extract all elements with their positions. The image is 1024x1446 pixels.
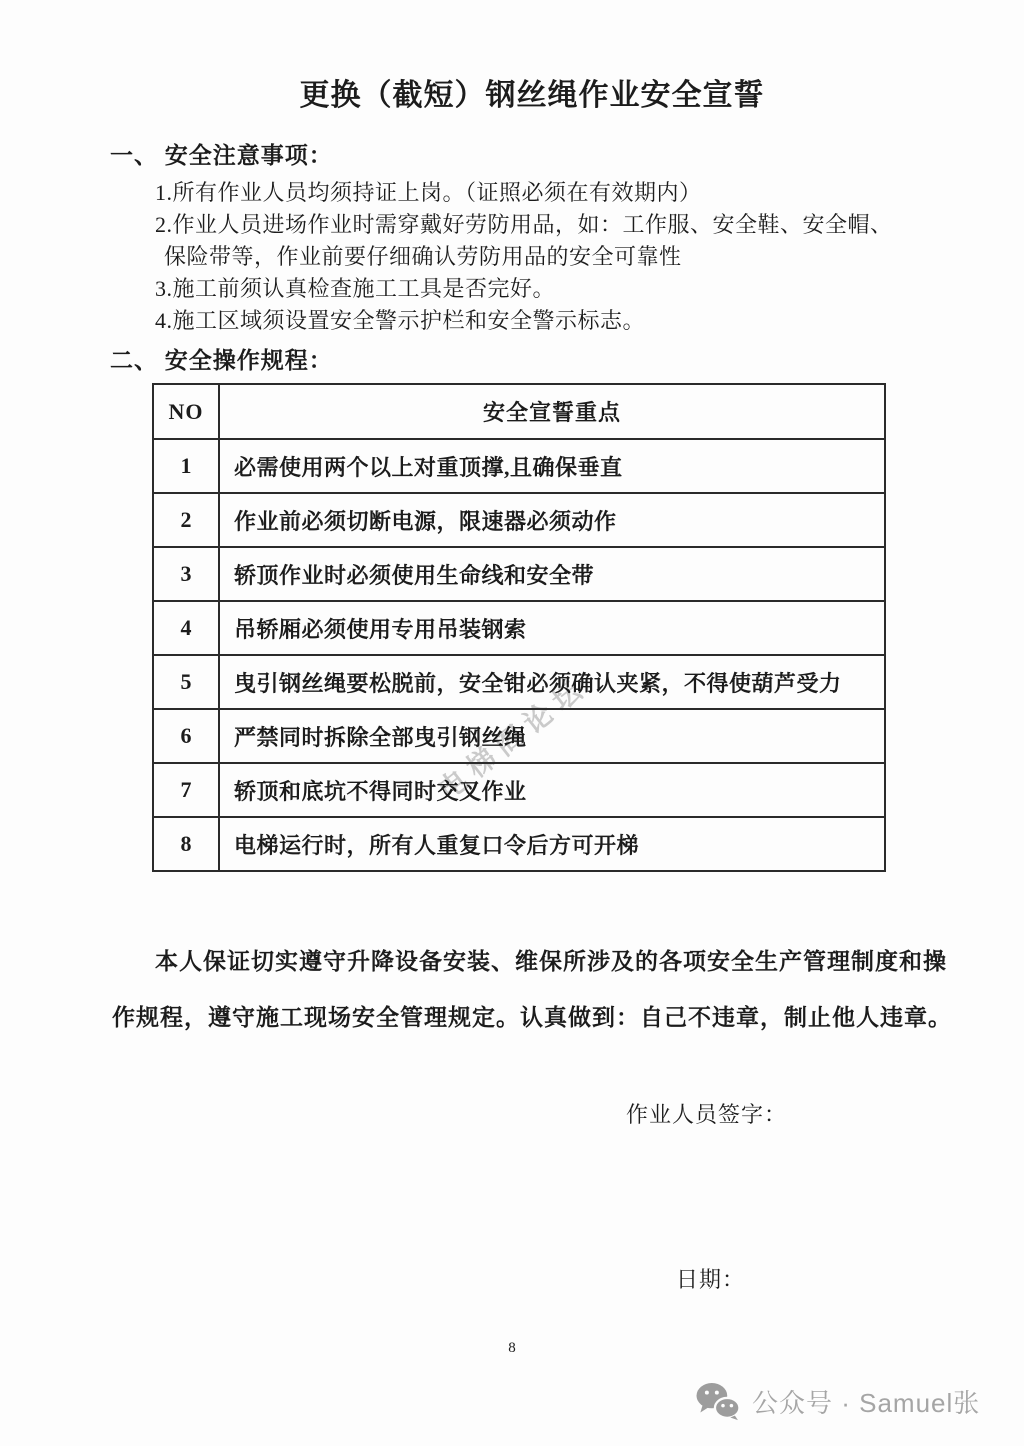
row-number: 3 [153,547,219,601]
pledge-line-1: 本人保证切实遵守升降设备安装、维保所涉及的各项安全生产管理制度和操 [155,943,947,976]
safety-pledge-table: NO 安全宣誓重点 1 必需使用两个以上对重顶撑,且确保垂直 2 作业前必须切断… [152,383,886,872]
row-text: 必需使用两个以上对重顶撑,且确保垂直 [219,439,885,493]
pledge-line-2: 作规程，遵守施工现场安全管理规定。认真做到：自己不违章，制止他人违章。 [112,999,952,1032]
table-row: 6 严禁同时拆除全部曳引钢丝绳 [153,709,885,763]
row-number: 2 [153,493,219,547]
table-header-row: NO 安全宣誓重点 [153,384,885,439]
table-header-no: NO [153,384,219,439]
note-line-2: 2.作业人员进场作业时需穿戴好劳防用品，如：工作服、安全鞋、安全帽、 [155,208,893,239]
section-heading-notes: 一、 安全注意事项： [110,137,333,170]
row-text: 曳引钢丝绳要松脱前，安全钳必须确认夹紧，不得使葫芦受力 [219,655,885,709]
table-row: 4 吊轿厢必须使用专用吊装钢索 [153,601,885,655]
wechat-icon [695,1381,741,1421]
row-text: 严禁同时拆除全部曳引钢丝绳 [219,709,885,763]
row-text: 轿顶和底坑不得同时交叉作业 [219,763,885,817]
table-row: 3 轿顶作业时必须使用生命线和安全带 [153,547,885,601]
row-number: 7 [153,763,219,817]
page-number: 8 [0,1340,1024,1357]
signature-label: 作业人员签字： [626,1098,787,1129]
brand-label: 公众号 · Samuel张 [752,1383,980,1420]
page-title: 更换（截短）钢丝绳作业安全宣誓 [20,70,1024,114]
row-number: 8 [153,817,219,871]
brand-watermark: 公众号 · Samuel张 [695,1378,980,1424]
row-text: 吊轿厢必须使用专用吊装钢索 [219,601,885,655]
table-header-title: 安全宣誓重点 [219,384,885,439]
note-line-3: 3.施工前须认真检查施工工具是否完好。 [155,272,555,303]
row-text: 电梯运行时，所有人重复口令后方可开梯 [219,817,885,871]
note-line-2-continued: 保险带等，作业前要仔细确认劳防用品的安全可靠性 [164,240,682,271]
row-number: 6 [153,709,219,763]
row-number: 1 [153,439,219,493]
row-text: 作业前必须切断电源，限速器必须动作 [219,493,885,547]
table-row: 7 轿顶和底坑不得同时交叉作业 [153,763,885,817]
row-number: 5 [153,655,219,709]
table-row: 5 曳引钢丝绳要松脱前，安全钳必须确认夹紧，不得使葫芦受力 [153,655,885,709]
note-line-1: 1.所有作业人员均须持证上岗。（证照必须在有效期内） [155,176,702,207]
row-number: 4 [153,601,219,655]
table-row: 8 电梯运行时，所有人重复口令后方可开梯 [153,817,885,871]
table-row: 1 必需使用两个以上对重顶撑,且确保垂直 [153,439,885,493]
section-heading-procedures: 二、 安全操作规程： [110,342,333,375]
date-label: 日期： [676,1263,745,1294]
row-text: 轿顶作业时必须使用生命线和安全带 [219,547,885,601]
note-line-4: 4.施工区域须设置安全警示护栏和安全警示标志。 [155,304,645,335]
table-row: 2 作业前必须切断电源，限速器必须动作 [153,493,885,547]
